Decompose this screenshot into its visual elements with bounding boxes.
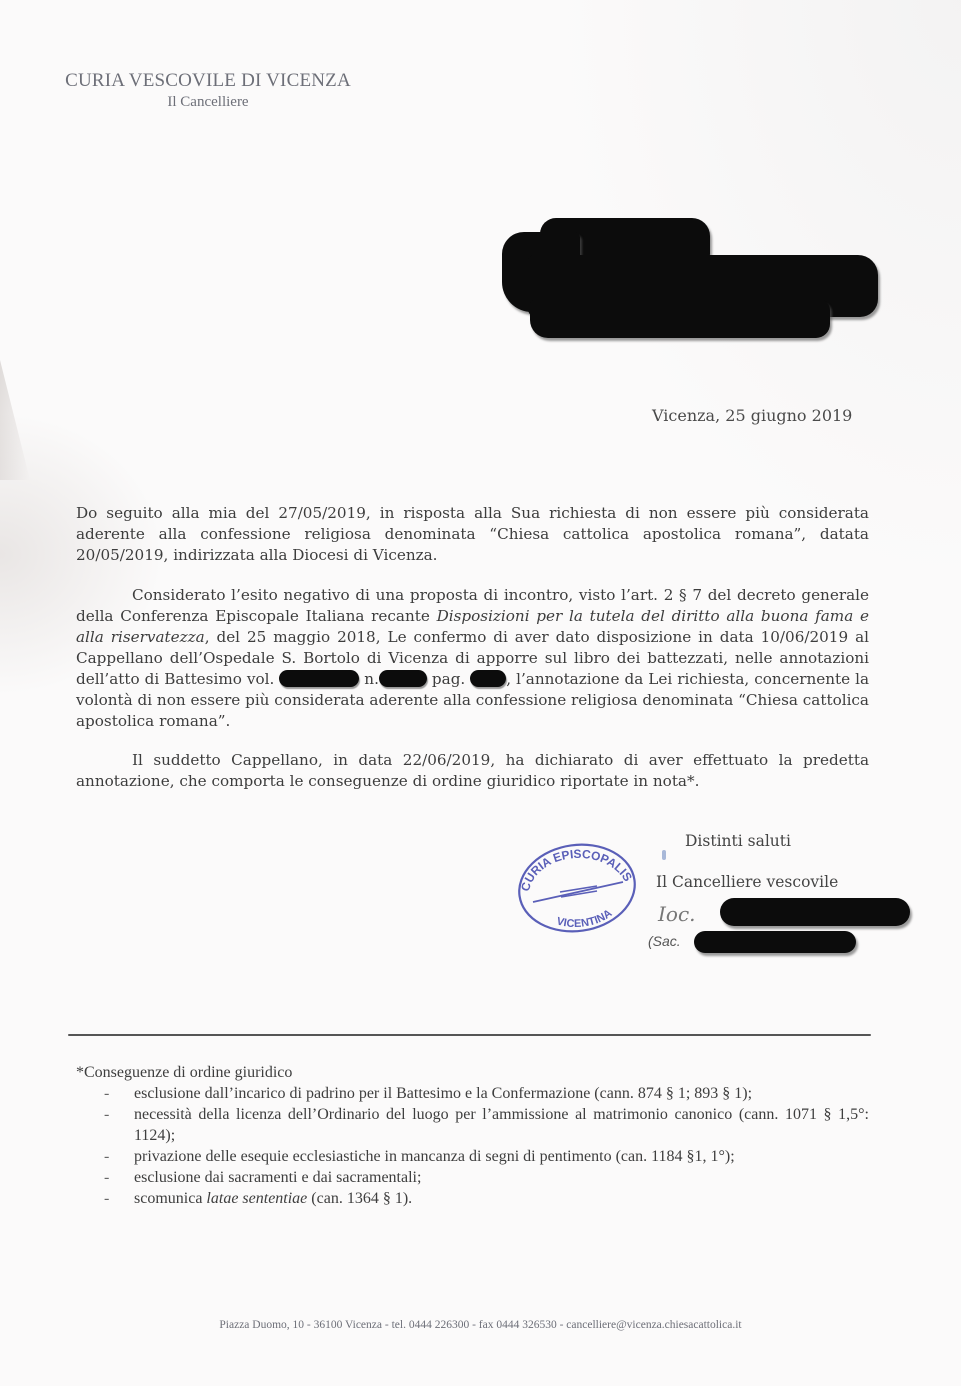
paragraph-2: Considerato l’esito negativo di una prop…	[76, 585, 869, 732]
page-label: pag.	[427, 670, 470, 688]
stamp-bottom-text: VICENTINA	[555, 907, 614, 930]
paragraph-3-text: Il suddetto Cappellano, in data 22/06/20…	[76, 751, 869, 790]
list-item: -esclusione dai sacramenti e dai sacrame…	[76, 1167, 869, 1188]
ink-speck	[662, 850, 666, 860]
number-label: n.	[359, 670, 379, 688]
list-item: -scomunica latae sententiae (can. 1364 §…	[76, 1188, 869, 1209]
footnote-section: *Conseguenze di ordine giuridico -esclus…	[76, 1062, 869, 1209]
organization-name: CURIA VESCOVILE DI VICENZA	[58, 70, 358, 92]
curia-stamp-icon: CURIA EPISCOPALIS VICENTINA	[515, 840, 640, 935]
page-redacted	[470, 670, 506, 687]
list-item: -privazione delle esequie ecclesiastiche…	[76, 1146, 869, 1167]
volume-redacted	[279, 670, 359, 687]
footer-contact: Piazza Duomo, 10 - 36100 Vicenza - tel. …	[0, 1319, 961, 1331]
name-redacted	[694, 931, 856, 953]
number-redacted	[379, 670, 427, 687]
paragraph-1: Do seguito alla mia del 27/05/2019, in r…	[76, 503, 869, 566]
paragraph-3: Il suddetto Cappellano, in data 22/06/20…	[76, 750, 869, 792]
footnote-title: *Conseguenze di ordine giuridico	[76, 1062, 869, 1083]
sac-prefix: (Sac.	[648, 933, 681, 949]
letterhead: CURIA VESCOVILE DI VICENZA Il Cancellier…	[58, 70, 358, 111]
date-line: Vicenza, 25 giugno 2019	[652, 406, 852, 425]
signer-title: Il Cancelliere vescovile	[656, 873, 838, 891]
signature-redacted	[720, 898, 910, 926]
consequences-list: -esclusione dall’incarico di padrino per…	[76, 1083, 869, 1209]
footnote-divider	[68, 1034, 871, 1036]
paper-fold	[0, 360, 30, 480]
office-name: Il Cancelliere	[58, 94, 358, 111]
signature-scrawl: Ioc.	[658, 902, 696, 926]
list-item: -necessità della licenza dell’Ordinario …	[76, 1104, 869, 1146]
closing-greeting: Distinti saluti	[685, 832, 791, 850]
list-item: -esclusione dall’incarico di padrino per…	[76, 1083, 869, 1104]
svg-text:VICENTINA: VICENTINA	[555, 907, 614, 930]
